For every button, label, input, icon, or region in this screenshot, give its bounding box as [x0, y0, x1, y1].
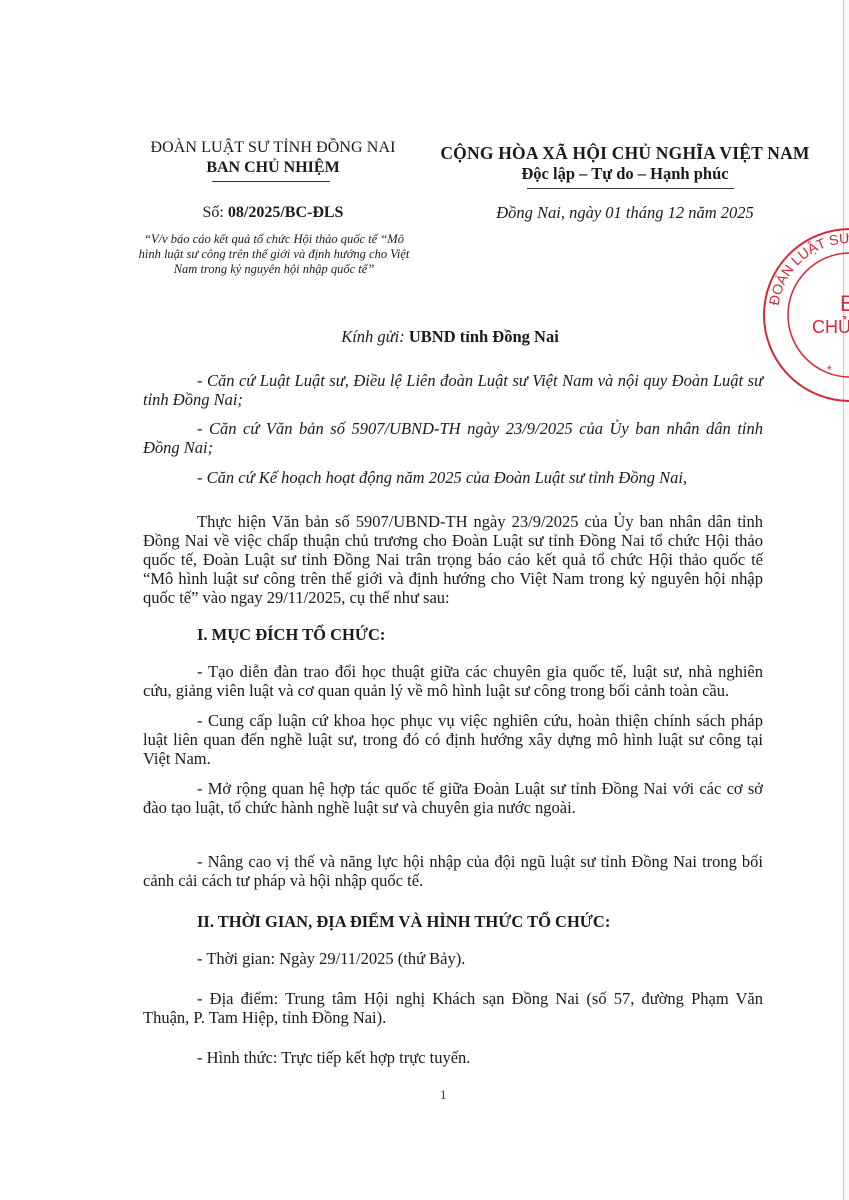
- stamp-inner-ring: [788, 253, 849, 377]
- stamp-ring-textpath: ĐOÀN LUẬT SƯ: [766, 230, 849, 307]
- document-number-value: 08/2025/BC-ĐLS: [228, 204, 344, 221]
- page-edge-line: [843, 0, 844, 1200]
- recipient-label: Kính gửi:: [341, 327, 409, 346]
- section-2-item: - Thời gian: Ngày 29/11/2025 (thứ Bảy).: [143, 949, 763, 968]
- board-name: BAN CHỦ NHIỆM: [143, 159, 403, 177]
- recipient-name: UBND tỉnh Đồng Nai: [409, 327, 559, 346]
- motto-underline: [527, 188, 734, 189]
- stamp-outer-ring: [764, 229, 849, 401]
- place-date: Đồng Nai, ngày 01 tháng 12 năm 2025: [440, 203, 810, 223]
- national-motto: Độc lập – Tự do – Hạnh phúc: [440, 164, 810, 184]
- basis-item: - Căn cứ Luật Luật sư, Điều lệ Liên đoàn…: [143, 371, 763, 409]
- section-2-item: - Hình thức: Trực tiếp kết hợp trực tuyế…: [143, 1048, 763, 1067]
- basis-item: - Căn cứ Kế hoạch hoạt động năm 2025 của…: [143, 468, 763, 487]
- section-2-item: - Địa điểm: Trung tâm Hội nghị Khách sạn…: [143, 989, 763, 1027]
- board-underline: [212, 181, 330, 182]
- stamp-star-icon: *: [827, 363, 832, 377]
- official-stamp: ĐOÀN LUẬT SƯ BAN CHỦ NHIỆM *: [760, 225, 849, 405]
- page-margin: [844, 0, 849, 1200]
- basis-item: - Căn cứ Văn bản số 5907/UBND-TH ngày 23…: [143, 419, 763, 457]
- document-number: Số: 08/2025/BC-ĐLS: [143, 204, 403, 222]
- recipient: Kính gửi: UBND tỉnh Đồng Nai: [130, 327, 770, 347]
- section-1-heading: I. MỤC ĐÍCH TỔ CHỨC:: [197, 625, 385, 645]
- intro-paragraph: Thực hiện Văn bản số 5907/UBND-TH ngày 2…: [143, 512, 763, 607]
- section-1-item: - Nâng cao vị thế và năng lực hội nhập c…: [143, 852, 763, 890]
- section-1-item: - Mở rộng quan hệ hợp tác quốc tế giữa Đ…: [143, 779, 763, 817]
- section-1-item: - Tạo diễn đàn trao đổi học thuật giữa c…: [143, 662, 763, 700]
- section-1-item: - Cung cấp luận cứ khoa học phục vụ việc…: [143, 711, 763, 768]
- page-number: 1: [440, 1087, 447, 1103]
- organization-name: ĐOÀN LUẬT SƯ TỈNH ĐỒNG NAI: [143, 139, 403, 157]
- document-subject: “V/v báo cáo kết quả tổ chức Hội thảo qu…: [138, 232, 410, 277]
- stamp-ring-text: ĐOÀN LUẬT SƯ: [766, 230, 849, 307]
- section-2-heading: II. THỜI GIAN, ĐỊA ĐIỂM VÀ HÌNH THỨC TỔ …: [197, 912, 610, 932]
- document-number-prefix: Số:: [203, 204, 228, 221]
- national-title: CỘNG HÒA XÃ HỘI CHỦ NGHĨA VIỆT NAM: [440, 143, 810, 164]
